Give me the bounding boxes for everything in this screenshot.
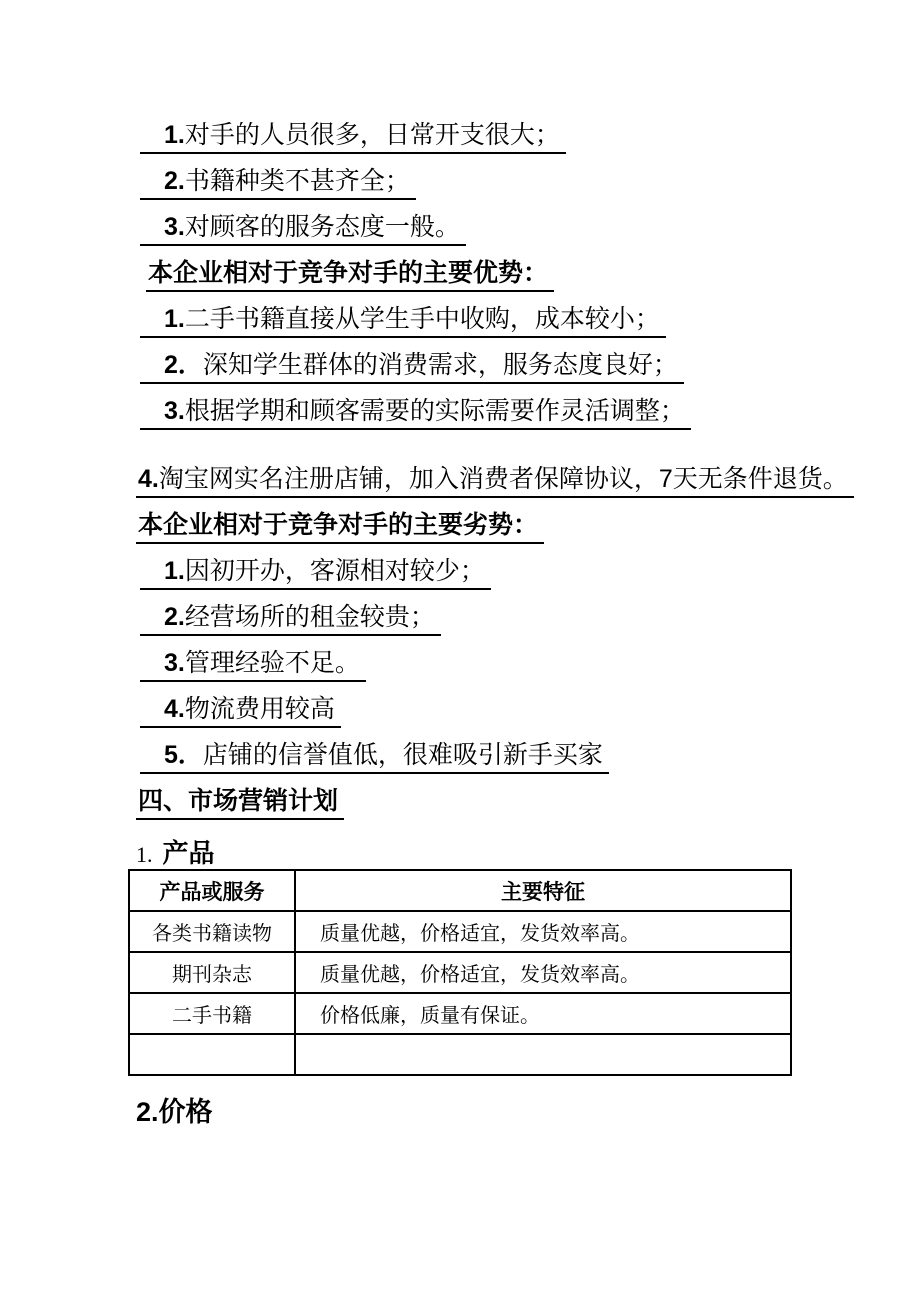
table-row-empty xyxy=(129,1034,791,1075)
disadvantages-heading: 本企业相对于竞争对手的主要劣势： xyxy=(136,511,920,541)
list-item-text: 二手书籍直接从学生手中收购，成本较小； xyxy=(185,305,660,333)
list-item-text: 书籍种类不甚齐全； xyxy=(185,167,410,195)
subsection-product-heading: 1.产品 xyxy=(136,833,920,865)
product-table: 产品或服务 主要特征 各类书籍读物 质量优越，价格适宜，发货效率高。 期刊杂志 … xyxy=(128,869,792,1076)
list-item-competitor-2: 2.书籍种类不甚齐全； xyxy=(140,167,920,197)
list-item-number: 4. xyxy=(138,465,159,493)
table-cell-product xyxy=(129,1034,295,1075)
list-item-number: 3. xyxy=(164,397,185,425)
list-item-number: 1. xyxy=(164,121,185,149)
list-item-text: 经营场所的租金较贵； xyxy=(185,603,435,631)
list-item-number: 1. xyxy=(164,557,185,585)
list-item-text: 对手的人员很多，日常开支很大； xyxy=(185,121,560,149)
list-item-number: 5． xyxy=(164,741,203,769)
list-item-competitor-3: 3.对顾客的服务态度一般。 xyxy=(140,213,920,243)
subsection-number: 1. xyxy=(136,842,153,867)
table-row: 期刊杂志 质量优越，价格适宜，发货效率高。 xyxy=(129,952,791,993)
list-item-disadvantage-5: 5．店铺的信誉值低，很难吸引新手买家 xyxy=(140,741,920,771)
list-item-text: 深知学生群体的消费需求，服务态度良好； xyxy=(203,351,678,379)
section4-heading: 四、市场营销计划 xyxy=(136,787,920,817)
advantages-heading: 本企业相对于竞争对手的主要优势： xyxy=(146,259,920,289)
list-item-number: 2. xyxy=(164,167,185,195)
list-item-disadvantage-3: 3.管理经验不足。 xyxy=(140,649,920,679)
list-item-disadvantage-4: 4.物流费用较高 xyxy=(140,695,920,725)
list-item-text: 淘宝网实名注册店铺，加入消费者保障协议，7天无条件退货。 xyxy=(159,465,848,493)
list-item-advantage-3: 3.根据学期和顾客需要的实际需要作灵活调整； xyxy=(140,397,920,427)
subsection-price-heading: 2.价格 xyxy=(136,1090,920,1129)
list-item-advantage-2: 2．深知学生群体的消费需求，服务态度良好； xyxy=(140,351,920,381)
table-row: 各类书籍读物 质量优越，价格适宜，发货效率高。 xyxy=(129,911,791,952)
table-header-features: 主要特征 xyxy=(295,870,791,911)
table-header-row: 产品或服务 主要特征 xyxy=(129,870,791,911)
list-item-competitor-1: 1.对手的人员很多，日常开支很大； xyxy=(140,121,920,151)
list-item-text: 管理经验不足。 xyxy=(185,649,360,677)
list-item-text: 店铺的信誉值低，很难吸引新手买家 xyxy=(203,741,603,769)
table-cell-product: 各类书籍读物 xyxy=(129,911,295,952)
list-item-number: 2． xyxy=(164,351,203,379)
table-cell-features: 质量优越，价格适宜，发货效率高。 xyxy=(295,911,791,952)
list-item-disadvantage-2: 2.经营场所的租金较贵； xyxy=(140,603,920,633)
list-item-number: 4. xyxy=(164,695,185,723)
list-item-number: 3. xyxy=(164,649,185,677)
table-cell-features: 质量优越，价格适宜，发货效率高。 xyxy=(295,952,791,993)
list-item-advantage-4: 4.淘宝网实名注册店铺，加入消费者保障协议，7天无条件退货。 xyxy=(136,465,920,495)
list-item-number: 2. xyxy=(164,603,185,631)
table-cell-product: 二手书籍 xyxy=(129,993,295,1034)
list-item-text: 根据学期和顾客需要的实际需要作灵活调整； xyxy=(185,397,685,425)
table-cell-features: 价格低廉，质量有保证。 xyxy=(295,993,791,1034)
list-item-text: 物流费用较高 xyxy=(185,695,335,723)
table-header-product: 产品或服务 xyxy=(129,870,295,911)
list-item-number: 1. xyxy=(164,305,185,333)
list-item-text: 因初开办，客源相对较少； xyxy=(185,557,485,585)
list-item-number: 3. xyxy=(164,213,185,241)
list-item-advantage-1: 1.二手书籍直接从学生手中收购，成本较小； xyxy=(140,305,920,335)
document-page: 1.对手的人员很多，日常开支很大； 2.书籍种类不甚齐全； 3.对顾客的服务态度… xyxy=(0,0,920,1301)
list-item-disadvantage-1: 1.因初开办，客源相对较少； xyxy=(140,557,920,587)
list-item-text: 对顾客的服务态度一般。 xyxy=(185,213,460,241)
table-cell-features xyxy=(295,1034,791,1075)
subsection-title: 产品 xyxy=(163,838,215,868)
table-cell-product: 期刊杂志 xyxy=(129,952,295,993)
table-row: 二手书籍 价格低廉，质量有保证。 xyxy=(129,993,791,1034)
